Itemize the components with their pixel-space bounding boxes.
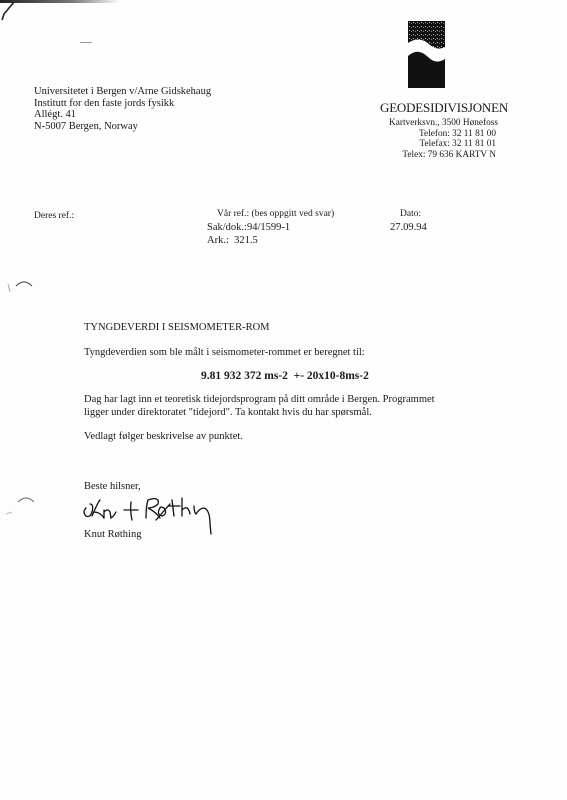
intro-text: Tyngdeverdien som ble målt i seismometer… <box>84 347 365 360</box>
date-label: Dato: <box>400 208 421 220</box>
their-ref-label: Deres ref.: <box>34 210 74 222</box>
sender-telex: Telex: 79 636 KARTV N <box>370 150 510 161</box>
our-ref-label: Vår ref.: (bes oppgitt ved svar) <box>217 208 334 220</box>
gravity-result: 9.81 932 372 ms-2 +- 20x10-8ms-2 <box>201 370 369 382</box>
recipient-address: Universitetet i Bergen v/Arne Gidskehaug… <box>34 86 211 132</box>
recipient-line: Institutt for den faste jords fysikk <box>34 98 211 110</box>
archive-number: Ark.: 321.5 <box>207 235 258 247</box>
sender-contact: Kartverksvn., 3500 Hønefoss Telefon: 32 … <box>370 118 510 160</box>
sender-address: Kartverksvn., 3500 Hønefoss <box>370 118 510 129</box>
case-doc-number: Sak/dok.:94/1599-1 <box>207 222 290 234</box>
scan-corner-mark-icon <box>0 0 30 25</box>
sender-org-name: GEODESIDIVISJONEN <box>380 100 500 116</box>
punch-hole-mark-icon <box>4 494 34 520</box>
closing-greeting: Beste hilsner, <box>84 481 141 492</box>
body-paragraph-2: Vedlagt følger beskrivelse av punktet. <box>84 431 243 444</box>
recipient-line: N-5007 Bergen, Norway <box>34 121 211 133</box>
body-paragraph-1-line-1: Dag har lagt inn et teoretisk tidejordsp… <box>84 394 435 407</box>
scan-speck <box>80 42 92 43</box>
geodesi-logo-icon <box>408 21 445 88</box>
sender-fax: Telefax: 32 11 81 01 <box>370 139 510 150</box>
punch-hole-mark-icon <box>4 278 34 298</box>
recipient-line: Universitetet i Bergen v/Arne Gidskehaug <box>34 86 211 98</box>
recipient-line: Allégt. 41 <box>34 109 211 121</box>
sender-phone: Telefon: 32 11 81 00 <box>370 129 510 140</box>
date-value: 27.09.94 <box>390 222 427 234</box>
letter-subject: TYNGDEVERDI I SEISMOMETER-ROM <box>84 322 270 333</box>
body-paragraph-1-line-2: ligger under direktoratet "tidejord". Ta… <box>84 407 372 420</box>
signatory-name: Knut Røthing <box>84 529 141 540</box>
